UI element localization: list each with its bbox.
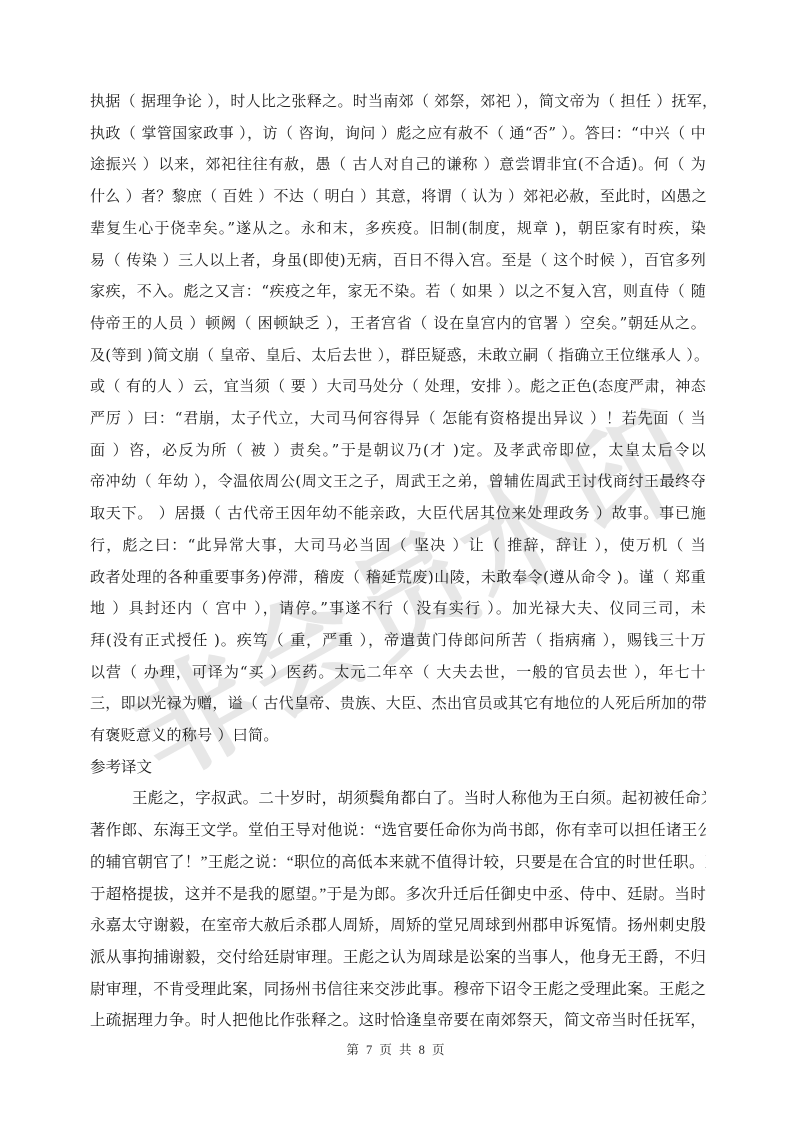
annotated-line: 有褒贬意义的称号 ）曰简。 bbox=[90, 720, 706, 752]
translation-line: 于超格提拔，这并不是我的愿望。”于是为郎。多次升迁后任御史中丞、侍中、廷尉。当时 bbox=[90, 879, 706, 911]
translation-line: 永嘉太守谢毅，在室帝大赦后杀郡人周矫，周矫的堂兄周球到州郡申诉冤情。扬州刺史殷浩 bbox=[90, 910, 706, 942]
annotated-line: 帝冲幼（ 年幼 ），令温依周公(周文王之子，周武王之弟，曾辅佐周武王讨伐商纣王最… bbox=[90, 466, 706, 498]
annotated-line: 途振兴 ）以来，郊祀往往有赦，愚（ 古人对自己的谦称 ）意尝谓非宜(不合适)。何… bbox=[90, 149, 706, 181]
annotated-line: 拜(没有正式授任 )。疾笃（ 重，严重 ），帝遣黄门侍郎问所苦（ 指病痛 ），赐… bbox=[90, 625, 706, 657]
translation-line: 的辅官朝官了！”王彪之说：“职位的高低本来就不值得计较，只要是在合宜的时世任职。… bbox=[90, 847, 706, 879]
document-page: 非会员水印 执据（ 据理争论 ），时人比之张释之。时当南郊（ 郊祭，郊祀 ），简… bbox=[0, 0, 793, 1122]
annotated-line: 或（ 有的人 ）云，宜当须（ 要 ）大司马处分（ 处理，安排 ）。彪之正色(态度… bbox=[90, 371, 706, 403]
annotated-line: 什么 ）者？黎庶（ 百姓 ）不达（ 明白 ）其意，将谓（ 认为 ）郊祀必赦，至此… bbox=[90, 181, 706, 213]
annotated-line: 政者处理的各种重要事务)停滞，稽废（ 稽延荒废)山陵，未敢奉令(遵从命令 )。谨… bbox=[90, 562, 706, 594]
translation-line: 著作郎、东海王文学。堂伯王导对他说：“选官要任命你为尚书郎，你有幸可以担任诸王公 bbox=[90, 815, 706, 847]
annotated-line: 地 ）具封还内（ 宫中 ），请停。”事遂不行（ 没有实行 ）。加光禄大夫、仪同三… bbox=[90, 593, 706, 625]
translation-line: 上疏据理力争。时人把他比作张释之。这时恰逢皇帝要在南郊祭天，简文帝当时任抚军，执 bbox=[90, 1005, 706, 1037]
annotated-line: 面 ）咨，必反为所（ 被 ）责矣。”于是朝议乃(才 )定。及孝武帝即位，太皇太后… bbox=[90, 435, 706, 467]
annotated-line: 严厉 ）曰：“君崩，太子代立，大司马何容得异（ 怎能有资格提出异议 ）！若先面（… bbox=[90, 403, 706, 435]
annotated-line: 以营（ 办理，可译为“买 ）医药。太元二年卒（ 大夫去世，一般的官员去世 ），年… bbox=[90, 657, 706, 689]
translation-line: 尉审理，不肯受理此案，同扬州书信往来交涉此事。穆帝下诏令王彪之受理此案。王彪之又 bbox=[90, 974, 706, 1006]
annotated-line: 辈复生心于侥幸矣。”遂从之。永和末，多疾疫。旧制(制度，规章 )，朝臣家有时疾，… bbox=[90, 213, 706, 245]
annotated-line: 取天下。 ）居摄（ 古代帝王因年幼不能亲政，大臣代居其位来处理政务 ）故事。事已… bbox=[90, 498, 706, 530]
annotated-line: 易（ 传染 ）三人以上者，身虽(即使)无病，百日不得入宫。至是（ 这个时候 ），… bbox=[90, 245, 706, 277]
page-content: 执据（ 据理争论 ），时人比之张释之。时当南郊（ 郊祭，郊祀 ），简文帝为（ 担… bbox=[90, 86, 706, 1037]
annotated-line: 及(等到 )简文崩（ 皇帝、皇后、太后去世 ），群臣疑惑，未敢立嗣（ 指确立王位… bbox=[90, 340, 706, 372]
annotated-line: 三，即以光禄为赠，谥（ 古代皇帝、贵族、大臣、杰出官员或其它有地位的人死后所加的… bbox=[90, 688, 706, 720]
annotated-passage: 执据（ 据理争论 ），时人比之张释之。时当南郊（ 郊祭，郊祀 ），简文帝为（ 担… bbox=[90, 86, 706, 752]
translation-line: 王彪之，字叔武。二十岁时，胡须鬓角都白了。当时人称他为王白须。起初被任命为佐 bbox=[90, 783, 706, 815]
annotated-line: 执政（ 掌管国家政事 ），访（ 咨询，询问 ）彪之应有赦不（ 通“否” ）。答曰… bbox=[90, 118, 706, 150]
translation-line: 派从事拘捕谢毅，交付给廷尉审理。王彪之认为周球是讼案的当事人，他身无王爵，不归廷 bbox=[90, 942, 706, 974]
annotated-line: 执据（ 据理争论 ），时人比之张释之。时当南郊（ 郊祭，郊祀 ），简文帝为（ 担… bbox=[90, 86, 706, 118]
page-footer: 第 7 页 共 8 页 bbox=[0, 1040, 793, 1058]
annotated-line: 行，彪之曰：“此异常大事，大司马必当固（ 坚决 ）让（ 推辞，辞让 ），使万机（… bbox=[90, 530, 706, 562]
annotated-line: 侍帝王的人员 ）顿阙（ 困顿缺乏 ），王者宫省（ 设在皇宫内的官署 ）空矣。”朝… bbox=[90, 308, 706, 340]
reference-translation-heading: 参考译文 bbox=[90, 752, 706, 784]
translation-paragraph: 王彪之，字叔武。二十岁时，胡须鬓角都白了。当时人称他为王白须。起初被任命为佐 著… bbox=[90, 783, 706, 1037]
annotated-line: 家疾，不入。彪之又言：“疾疫之年，家无不染。若（ 如果 ）以之不复入宫，则直侍（… bbox=[90, 276, 706, 308]
